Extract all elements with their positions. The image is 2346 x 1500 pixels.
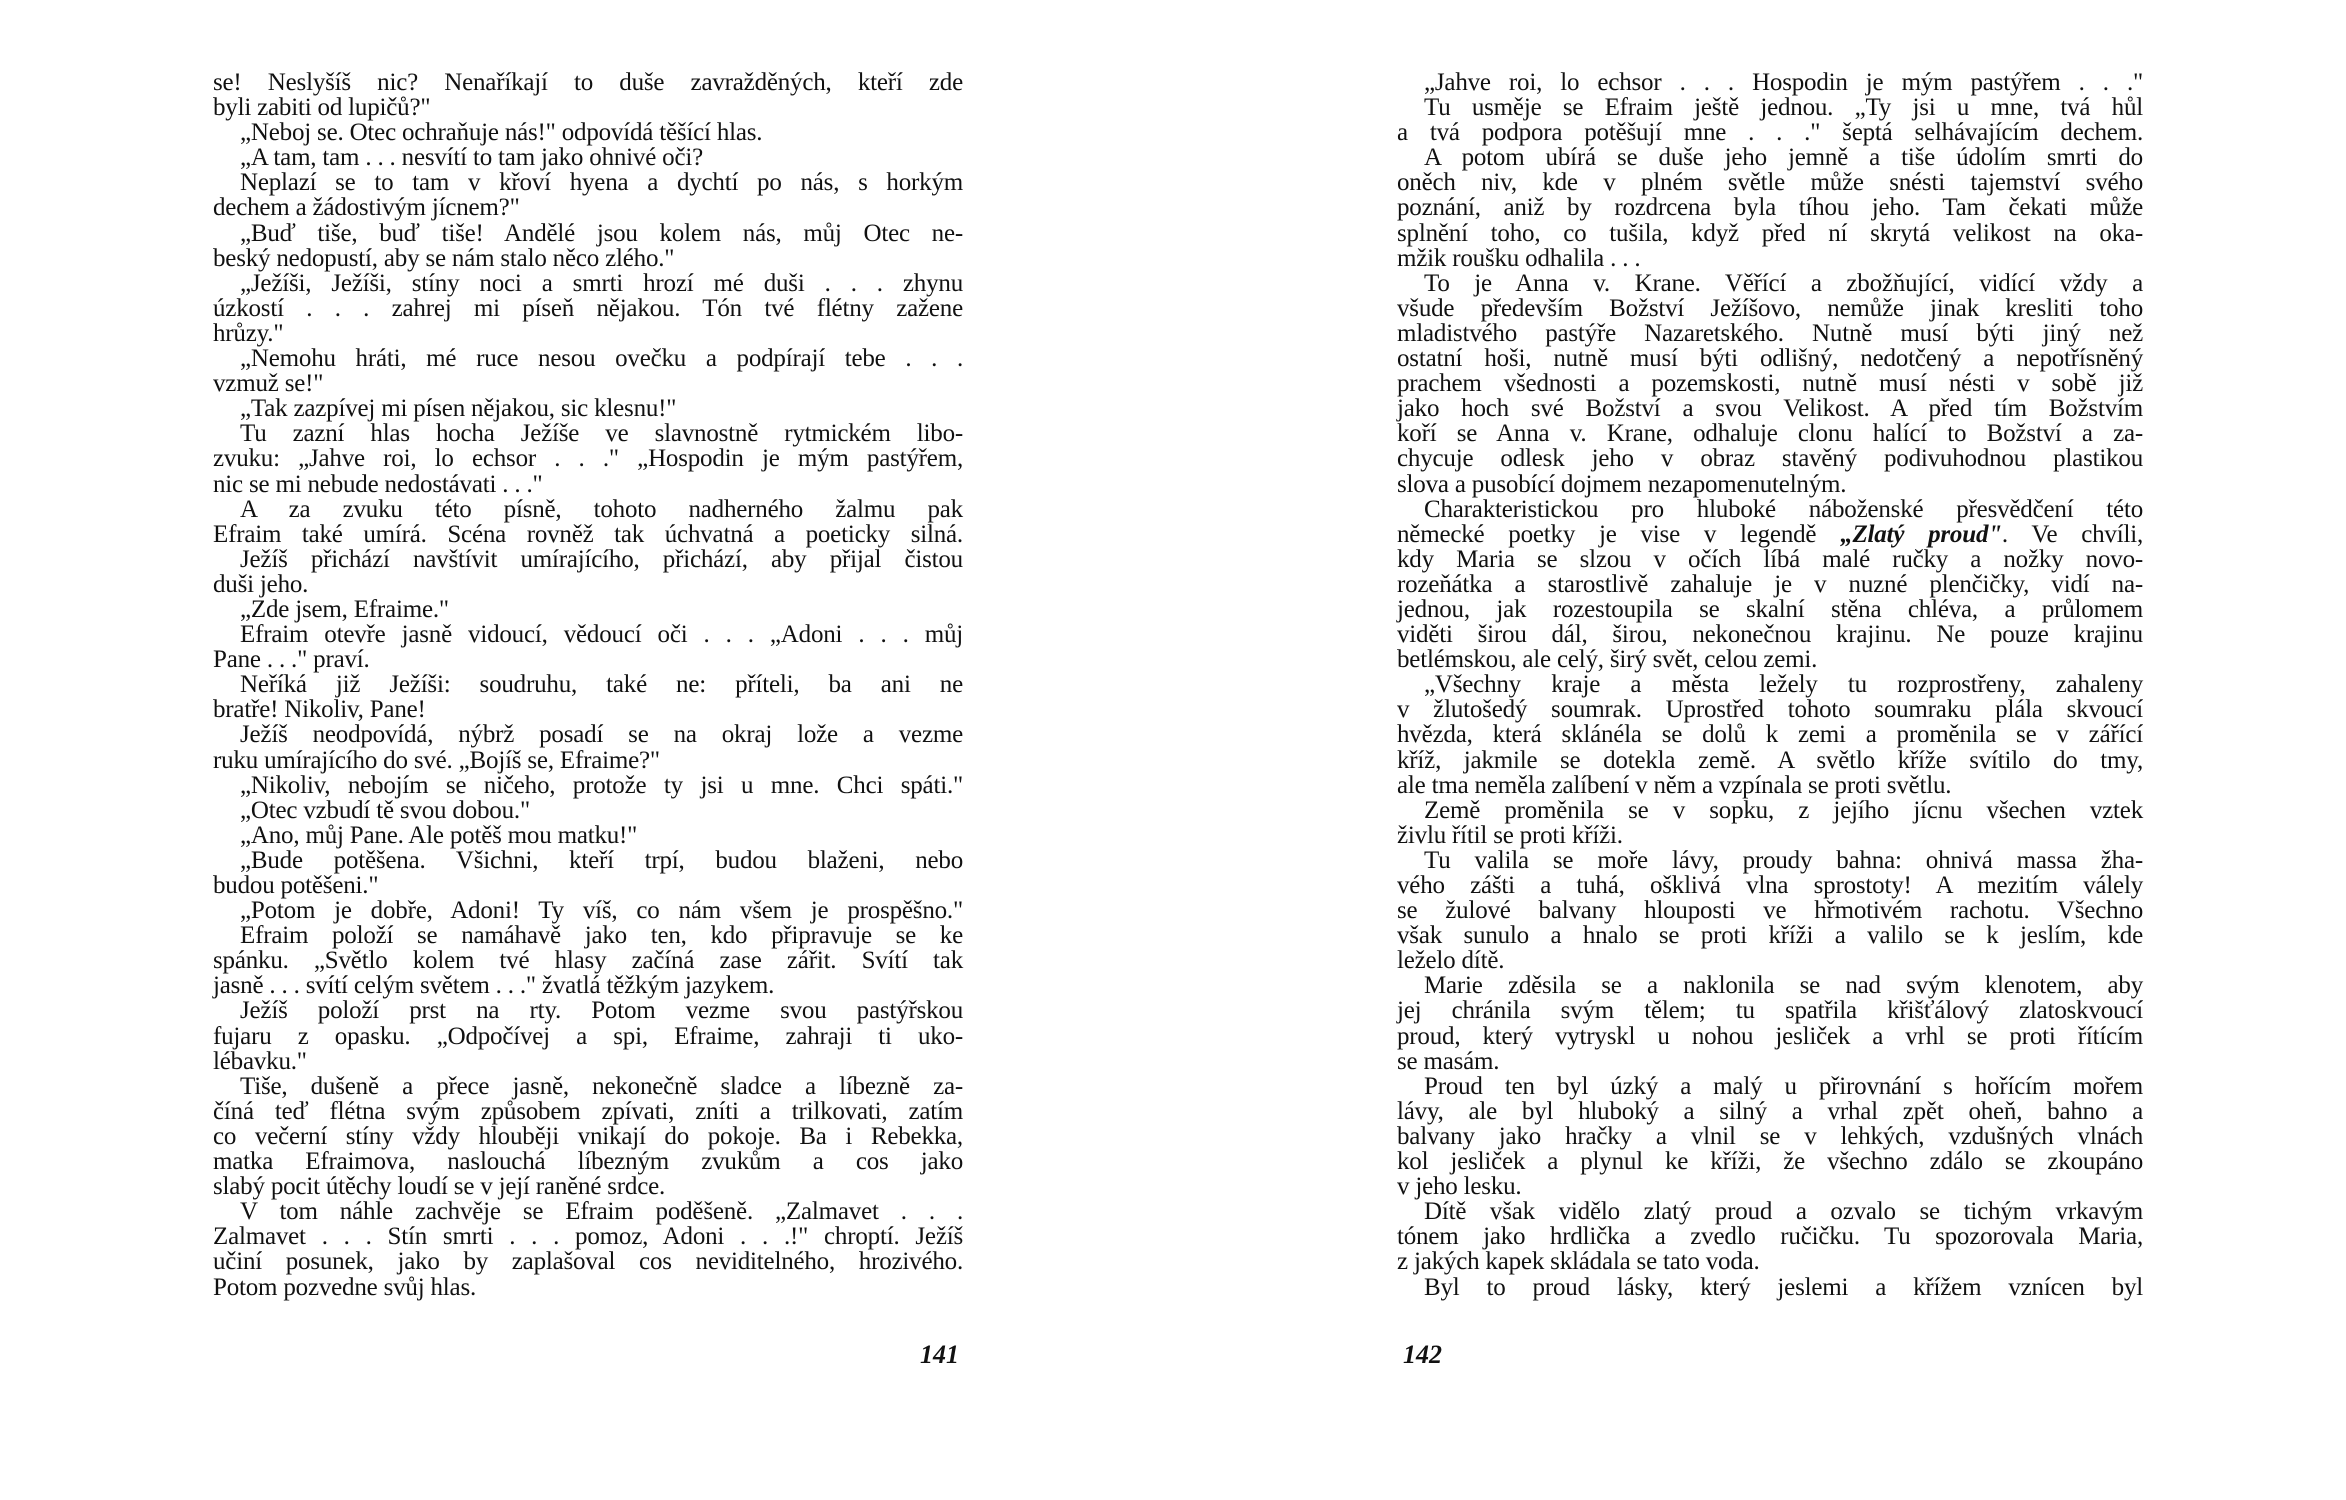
text-line: bratře! Nikoliv, Pane! <box>213 697 963 722</box>
text-line: kdy Maria se slzou v očích líbá malé ruč… <box>1397 547 2143 572</box>
text-line: kříž, jakmile se dotekla země. A světlo … <box>1397 748 2143 773</box>
text-line: Efraim položí se namáhavě jako ten, kdo … <box>213 923 963 948</box>
text-line: lávy, ale byl hluboký a silný a vrhal zp… <box>1397 1099 2143 1124</box>
text-line: „Ježíši, Ježíši, stíny noci a smrti hroz… <box>213 271 963 296</box>
text-line: To je Anna v. Krane. Věřící a zbožňující… <box>1397 271 2143 296</box>
text-line: lébavku." <box>213 1049 963 1074</box>
page-number-right: 142 <box>1403 1340 1442 1370</box>
text-line: „Nikoliv, nebojím se ničeho, protože ty … <box>213 773 963 798</box>
text-line: „Potom je dobře, Adoni! Ty víš, co nám v… <box>213 898 963 923</box>
text-line: „Jahve roi, lo echsor . . . Hospodin je … <box>1397 70 2143 95</box>
text-line: nic se mi nebude nedostávati . . ." <box>213 472 963 497</box>
text-line: „Neboj se. Otec ochraňuje nás!" odpovídá… <box>213 120 963 145</box>
text-line: „Ano, můj Pane. Ale potěš mou matku!" <box>213 823 963 848</box>
text-line: živlu řítil se proti kříži. <box>1397 823 2143 848</box>
text-line: Zalmavet . . . Stín smrti . . . pomoz, A… <box>213 1224 963 1249</box>
text-line: Tu zazní hlas hocha Ježíše ve slavnostně… <box>213 421 963 446</box>
text-line: budou potěšeni." <box>213 873 963 898</box>
text-line: se masám. <box>1397 1049 2143 1074</box>
text-line: ruku umírajícího do své. „Bojíš se, Efra… <box>213 748 963 773</box>
text-line: úzkostí . . . zahrej mi píseň nějakou. T… <box>213 296 963 321</box>
text-line: Neplazí se to tam v křoví hyena a dychtí… <box>213 170 963 195</box>
text-line: rozeňátka a starostlivě zahaluje je v nu… <box>1397 572 2143 597</box>
text-line: oněch niv, kde v plném světle může snést… <box>1397 170 2143 195</box>
text-line: koří se Anna v. Krane, odhaluje clonu ha… <box>1397 421 2143 446</box>
text-line: Marie zděsila se a naklonila se nad svým… <box>1397 973 2143 998</box>
text-line: balvany jako hračky a vlnil se v lehkých… <box>1397 1124 2143 1149</box>
text-line: „A tam, tam . . . nesvítí to tam jako oh… <box>213 145 963 170</box>
text-line: splnění toho, co tušila, když před ní sk… <box>1397 221 2143 246</box>
text-line: chycuje odlesk jeho v obraz stavěný podi… <box>1397 446 2143 471</box>
text-line: Tu usměje se Efraim ještě jednou. „Ty js… <box>1397 95 2143 120</box>
text-line: se! Neslyšíš nic? Nenaříkají to duše zav… <box>213 70 963 95</box>
text-line: Dítě však vidělo zlatý proud a ozvalo se… <box>1397 1199 2143 1224</box>
text-line: Země proměnila se v sopku, z jejího jícn… <box>1397 798 2143 823</box>
text-line: a tvá podpora potěšují mne . . ." šeptá … <box>1397 120 2143 145</box>
text-line: Charakteristickou pro hluboké náboženské… <box>1397 497 2143 522</box>
text-line: duši jeho. <box>213 572 963 597</box>
text-line: „Všechny kraje a města ležely tu rozpros… <box>1397 672 2143 697</box>
text-line: kol jesliček a plynul ke kříži, že všech… <box>1397 1149 2143 1174</box>
text-line: Potom pozvedne svůj hlas. <box>213 1275 963 1300</box>
text-line: „Otec vzbudí tě svou dobou." <box>213 798 963 823</box>
text-line: Tiše, dušeně a přece jasně, nekonečně sl… <box>213 1074 963 1099</box>
text-line: jasně . . . svítí celým světem . . ." žv… <box>213 973 963 998</box>
page-number-left: 141 <box>920 1340 959 1370</box>
text-line: dechem a žádostivým jícnem?" <box>213 195 963 220</box>
text-line: poznání, aniž by rozdrcena byla tíhou je… <box>1397 195 2143 220</box>
text-line: všude především Božství Ježíšovo, nemůže… <box>1397 296 2143 321</box>
text-line: hrůzy." <box>213 321 963 346</box>
text-line: „Nemohu hráti, mé ruce nesou ovečku a po… <box>213 346 963 371</box>
text-line: V tom náhle zachvěje se Efraim poděšeně.… <box>213 1199 963 1224</box>
text-line: proud, který vytryskl u nohou jesliček a… <box>1397 1024 2143 1049</box>
text-line: „Tak zazpívej mi písen nějakou, sic kles… <box>213 396 963 421</box>
right-page: „Jahve roi, lo echsor . . . Hospodin je … <box>1397 70 2143 1300</box>
text-line: Ježíš přichází navštívit umírajícího, př… <box>213 547 963 572</box>
text-line: se žulové balvany hlouposti ve hřmotivém… <box>1397 898 2143 923</box>
text-line: jednou, jak rozestoupila se skalní stěna… <box>1397 597 2143 622</box>
text-line: Ježíš položí prst na rty. Potom vezme sv… <box>213 998 963 1023</box>
text-line: Efraim otevře jasně vidoucí, vědoucí oči… <box>213 622 963 647</box>
legend-title-italic: „Zlatý proud" <box>1840 521 2002 548</box>
text-line: jako hoch své Božství a svou Velikost. A… <box>1397 396 2143 421</box>
text-line: mžik roušku odhalila . . . <box>1397 246 2143 271</box>
text-line: Efraim také umírá. Scéna rovněž tak úchv… <box>213 522 963 547</box>
text-line: Byl to proud lásky, který jeslemi a kříž… <box>1397 1275 2143 1300</box>
text-line: však sunulo a hnalo se proti kříži a val… <box>1397 923 2143 948</box>
text-line: ostatní hoši, nutně musí býti odlišný, n… <box>1397 346 2143 371</box>
text-line: z jakých kapek skládala se tato voda. <box>1397 1249 2143 1274</box>
text-line: slabý pocit útěchy loudí se v její raněn… <box>213 1174 963 1199</box>
text-line: v jeho lesku. <box>1397 1174 2143 1199</box>
text-line: „Buď tiše, buď tiše! Andělé jsou kolem n… <box>213 221 963 246</box>
text-line: beský nedopustí, aby se nám stalo něco z… <box>213 246 963 271</box>
text-line: co večerní stíny vždy hlouběji vnikají d… <box>213 1124 963 1149</box>
text-line: byli zabiti od lupičů?" <box>213 95 963 120</box>
text-line: leželo dítě. <box>1397 948 2143 973</box>
text-line: hvězda, která sklánéla se dolů k zemi a … <box>1397 722 2143 747</box>
left-page: se! Neslyšíš nic? Nenaříkají to duše zav… <box>213 70 963 1300</box>
text-line: viděti širou dál, širou, nekonečnou kraj… <box>1397 622 2143 647</box>
text-line: A potom ubírá se duše jeho jemně a tiše … <box>1397 145 2143 170</box>
text-line: ale tma neměla zalíbení v něm a vzpínala… <box>1397 773 2143 798</box>
text-line: Tu valila se moře lávy, proudy bahna: oh… <box>1397 848 2143 873</box>
text-line: spánku. „Světlo kolem tvé hlasy začíná z… <box>213 948 963 973</box>
text-line: fujaru z opasku. „Odpočívej a spi, Efrai… <box>213 1024 963 1049</box>
text-line: zvuku: „Jahve roi, lo echsor . . ." „Hos… <box>213 446 963 471</box>
text-line: A za zvuku této písně, tohoto nadherného… <box>213 497 963 522</box>
text-line: učiní posunek, jako by zaplašoval cos ne… <box>213 1249 963 1274</box>
text-line: vzmuž se!" <box>213 371 963 396</box>
text-line: Ježíš neodpovídá, nýbrž posadí se na okr… <box>213 722 963 747</box>
text-line: betlémskou, ale celý, širý svět, celou z… <box>1397 647 2143 672</box>
text-line: v žlutošedý soumrak. Uprostřed tohoto so… <box>1397 697 2143 722</box>
text-line: jej chránila svým tělem; tu spatřila kři… <box>1397 998 2143 1023</box>
text-line: mladistvého pastýře Nazaretského. Nutně … <box>1397 321 2143 346</box>
text-line: slova a pusobící dojmem nezapomenutelným… <box>1397 472 2143 497</box>
text-line: Proud ten byl úzký a malý u přirovnání s… <box>1397 1074 2143 1099</box>
text-line: „Zde jsem, Efraime." <box>213 597 963 622</box>
text-line: „Bude potěšena. Všichni, kteří trpí, bud… <box>213 848 963 873</box>
text-line: číná teď flétna svým způsobem zpívati, z… <box>213 1099 963 1124</box>
text-line: Pane . . ." praví. <box>213 647 963 672</box>
text-line: matka Efraimova, naslouchá líbezným zvuk… <box>213 1149 963 1174</box>
text-line: tónem jako hrdlička a zvedlo ručičku. Tu… <box>1397 1224 2143 1249</box>
text-line: vého zášti a tuhá, ošklivá vlna sprostot… <box>1397 873 2143 898</box>
text-line: německé poetky je vise v legendě „Zlatý … <box>1397 522 2143 547</box>
text-line: Neříká již Ježíši: soudruhu, také ne: př… <box>213 672 963 697</box>
text-line: prachem všednosti a pozemskosti, nutně m… <box>1397 371 2143 396</box>
